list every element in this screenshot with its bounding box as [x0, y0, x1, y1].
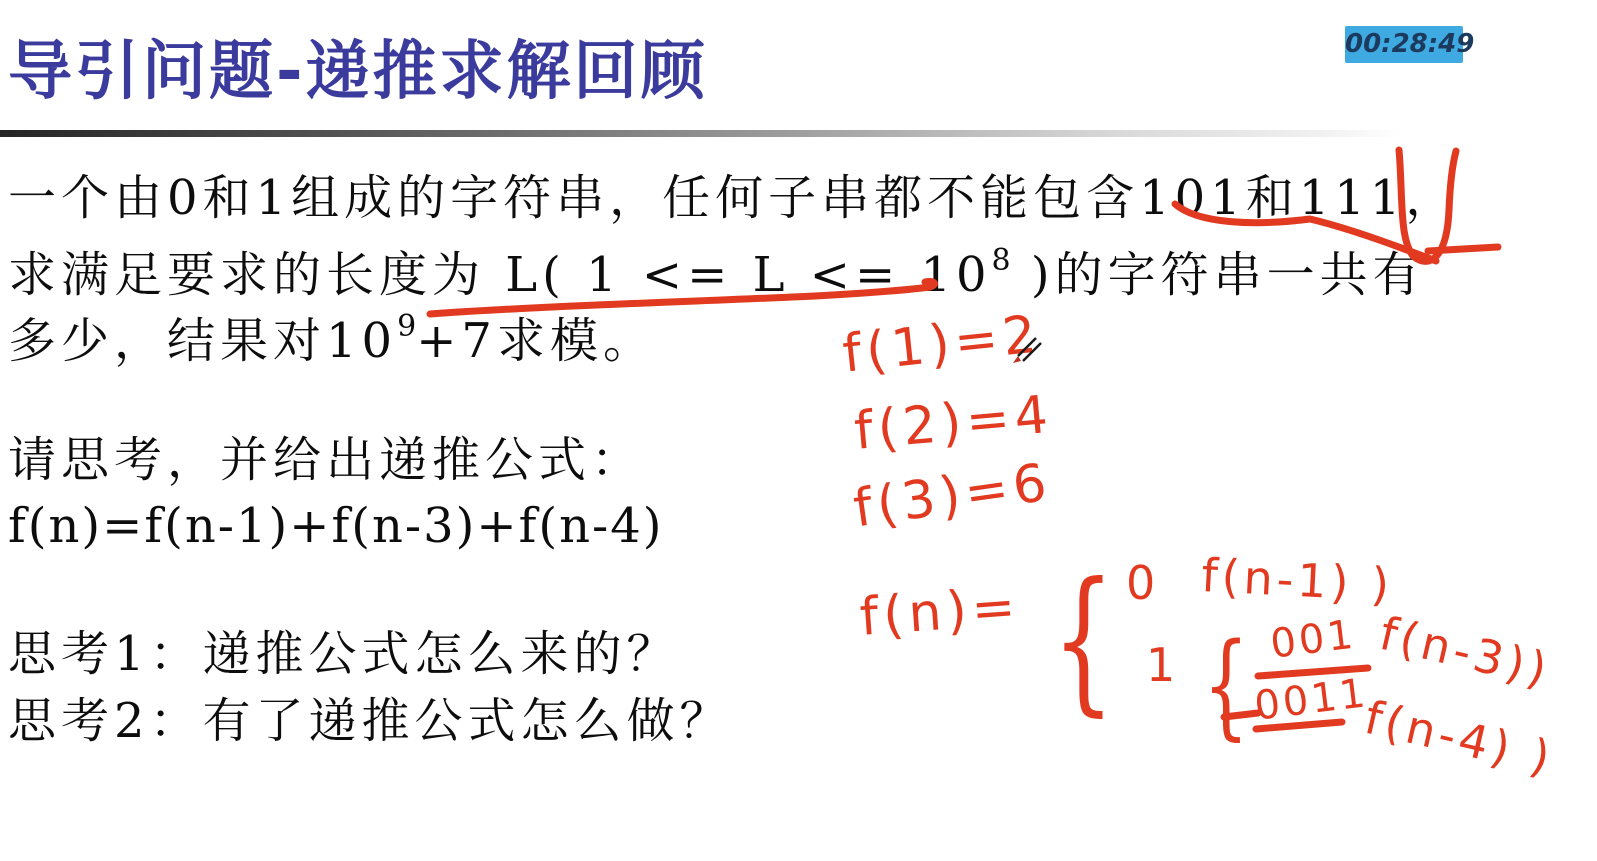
title-divider: [0, 130, 1400, 137]
page-title: 导引问题-递推求解回顾: [8, 20, 708, 112]
recurrence-formula: f(n)=f(n-1)+f(n-3)+f(n-4): [8, 498, 663, 554]
question-2: 思考2：有了递推公式怎么做？: [8, 693, 733, 749]
underline-101-111-tail-stroke: [1428, 247, 1498, 251]
prompt-text: 请思考，并给出递推公式：: [8, 432, 644, 488]
handwriting-case1-expr-a: f(n-3)): [1375, 606, 1556, 698]
handwriting-fraction-top: 001: [1268, 612, 1358, 668]
exponent-9: 9: [397, 309, 416, 344]
handwriting-fn: f(n)=: [858, 577, 1022, 648]
handwriting-brace-small: {: [1203, 618, 1249, 752]
handwriting-f3: f(3)=6: [850, 452, 1055, 539]
question-2-text: 思考2：有了递推公式怎么做？: [8, 693, 733, 749]
prompt-line: 请思考，并给出递推公式：: [8, 432, 644, 488]
problem-line-1-text: 一个由0和1组成的字符串，任何子串都不能包含101和111，: [8, 170, 1458, 226]
exponent-8: 8: [992, 243, 1011, 278]
problem-line-2-pre: 求满足要求的长度为 L( 1 <= L <= 10: [8, 247, 992, 303]
problem-line-2-post: )的字符串一共有: [1011, 247, 1426, 303]
problem-line-2: 求满足要求的长度为 L( 1 <= L <= 108 )的字符串一共有: [8, 237, 1426, 303]
question-1: 思考1：递推公式怎么来的？: [8, 626, 680, 682]
handwriting-f2: f(2)=4: [852, 385, 1055, 462]
problem-line-3-pre: 多少，结果对10: [8, 313, 397, 369]
handwriting-case0-expr: f(n-1) ): [1200, 548, 1394, 612]
handwriting-fraction-bottom: 0011: [1252, 670, 1371, 730]
problem-line-1: 一个由0和1组成的字符串，任何子串都不能包含101和111，: [8, 170, 1458, 226]
question-1-text: 思考1：递推公式怎么来的？: [8, 626, 680, 682]
handwriting-brace-big: {: [1052, 548, 1115, 731]
problem-line-3: 多少，结果对109+7求模。: [8, 303, 656, 369]
timestamp-badge: 00:28:49: [1345, 26, 1463, 63]
problem-line-3-post: +7求模。: [416, 313, 656, 369]
handwriting-f1: f(1)=2: [840, 304, 1044, 384]
handwriting-case1-expr-b: f(n-4) ): [1360, 690, 1559, 786]
handwriting-case0-value: 0: [1126, 556, 1159, 610]
handwriting-case1-value: 1: [1146, 638, 1179, 692]
recurrence-formula-text: f(n)=f(n-1)+f(n-3)+f(n-4): [8, 498, 663, 554]
